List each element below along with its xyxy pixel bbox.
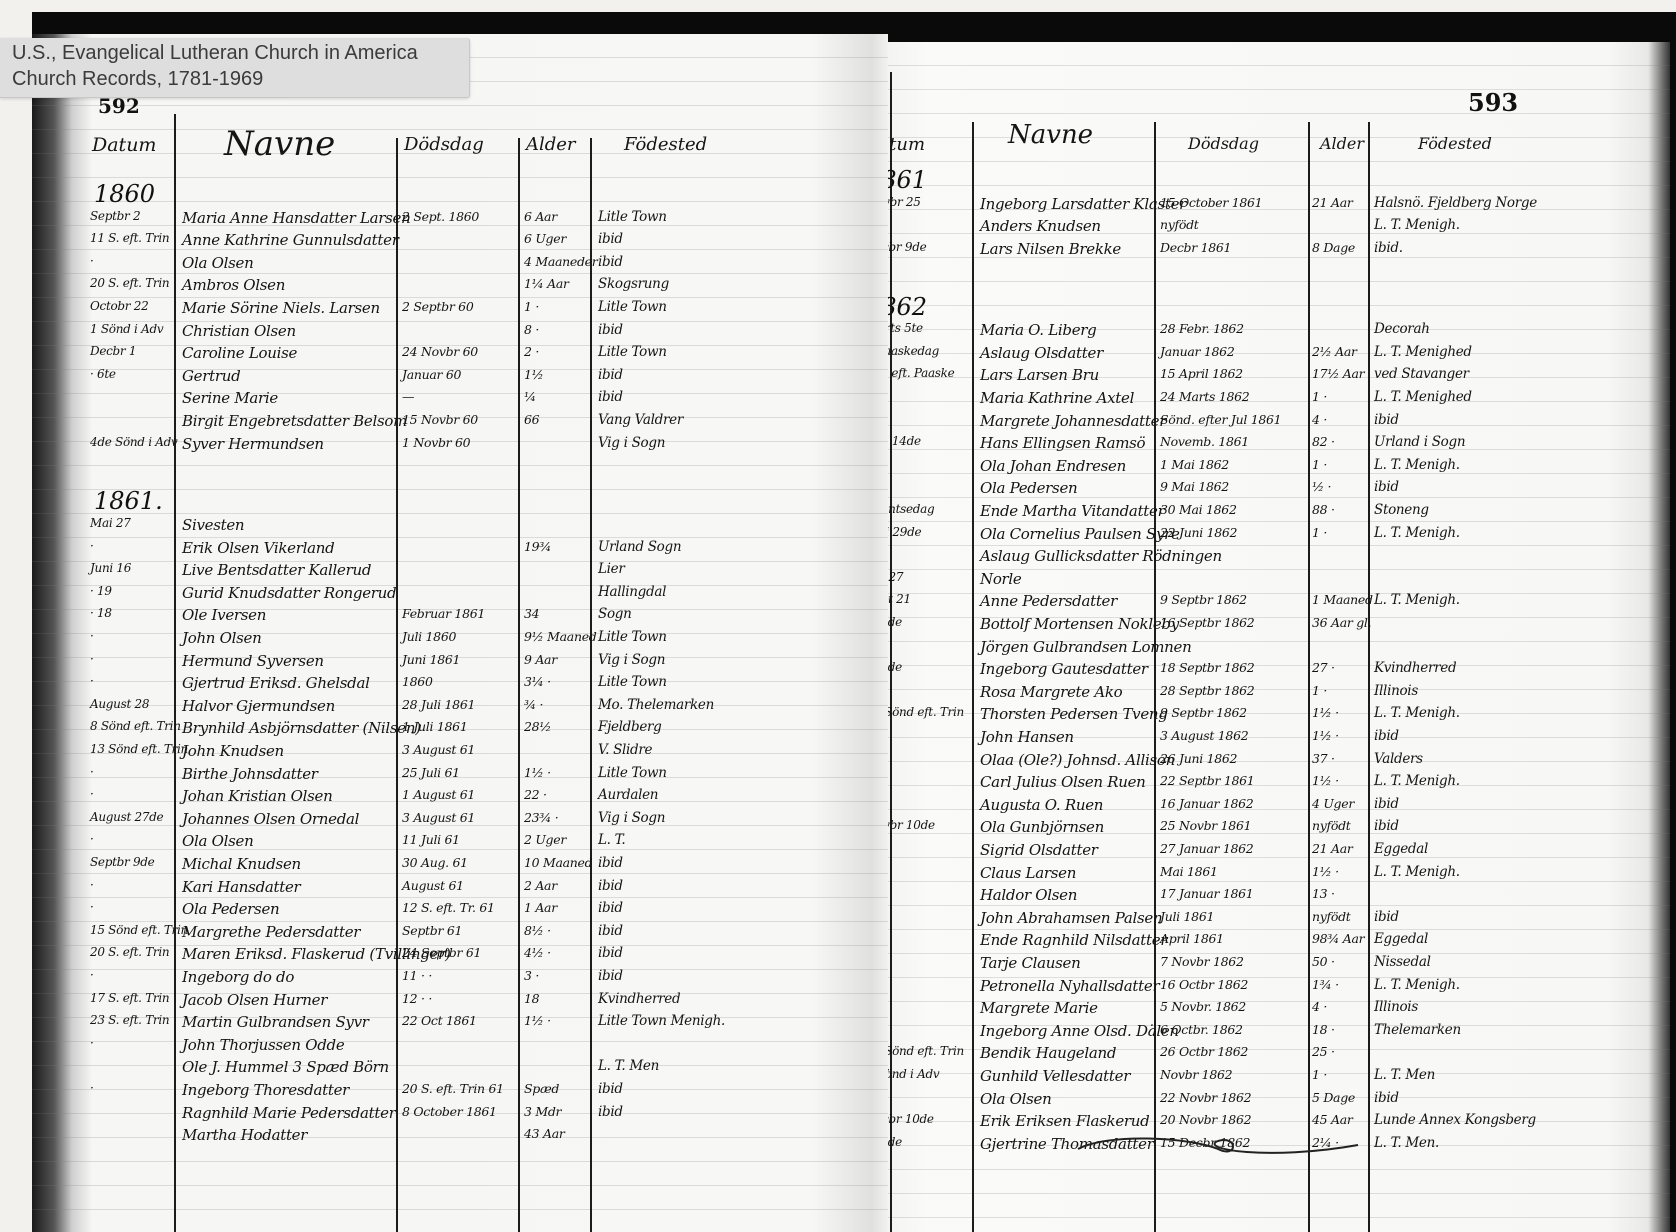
record-fodested: L. T. Menigh. [1374, 525, 1460, 541]
record-datum: 2 Sönd i Adv [888, 1067, 939, 1081]
record-datum: · 25de [888, 660, 902, 674]
column-divider [174, 114, 176, 1232]
record-navn: Ragnhild Marie Pedersdatter [182, 1104, 396, 1122]
record-navn: Gunhild Vellesdatter [980, 1067, 1130, 1085]
record-dodsdag: Sönd. efter Jul 1861 [1160, 412, 1281, 427]
record-alder: 18 · [1312, 1022, 1335, 1037]
record-datum: Decbr 1 [90, 344, 136, 358]
record-dodsdag: 8 October 1861 [402, 1104, 497, 1119]
record-navn: Ola Olsen [182, 832, 253, 850]
record-datum: · [90, 765, 94, 779]
record-datum: 23 Sönd eft. Trin [888, 1044, 964, 1058]
record-alder: 19¾ [524, 539, 551, 554]
ledger-page-right: 593 Datum Navne Dödsdag Alder Födested 1… [888, 42, 1670, 1232]
record-navn: Margrete Marie [980, 999, 1098, 1017]
record-datum: 17 S. eft. Trin [90, 991, 169, 1005]
record-navn: Bottolf Mortensen Nokleby [980, 615, 1179, 633]
record-dodsdag: 22 Oct 1861 [402, 1013, 477, 1028]
record-navn: Martin Gulbrandsen Syvr [182, 1013, 369, 1031]
record-alder: 8½ · [524, 923, 551, 938]
record-datum: · 6te [90, 367, 116, 381]
record-alder: Spæd [524, 1081, 559, 1096]
record-navn: John Olsen [182, 629, 261, 647]
record-navn: Ola Gunbjörnsen [980, 818, 1104, 836]
column-divider [972, 122, 974, 1232]
record-fodested: L. T. Menigh. [1374, 705, 1460, 721]
record-datum: · [90, 539, 94, 553]
record-fodested: Thelemarken [1374, 1022, 1461, 1038]
record-navn: Margrethe Pedersdatter [182, 923, 360, 941]
record-dodsdag: 25 Juli 61 [402, 765, 460, 780]
record-dodsdag: 28 Septbr 1862 [1160, 683, 1254, 698]
record-alder: 1¼ Aar [524, 276, 569, 291]
record-navn: Rosa Margrete Ako [980, 683, 1122, 701]
record-fodested: L. T. Menigh. [1374, 457, 1460, 473]
record-alder: 1½ · [1312, 864, 1339, 879]
record-navn: Michal Knudsen [182, 855, 301, 873]
record-alder: 1½ · [1312, 705, 1339, 720]
year-heading: 1860 [94, 180, 155, 208]
record-navn: Kari Hansdatter [182, 878, 300, 896]
record-fodested: ibid [598, 1104, 623, 1120]
record-datum: · [90, 878, 94, 892]
column-divider [1368, 122, 1370, 1232]
record-alder: 50 · [1312, 954, 1335, 969]
record-navn: John Hansen [980, 728, 1074, 746]
record-navn: Anne Kathrine Gunnulsdatter [182, 231, 399, 249]
record-datum: · [90, 900, 94, 914]
record-alder: 2½ Aar [1312, 344, 1357, 359]
record-dodsdag: 15 October 1861 [1160, 195, 1262, 210]
record-dodsdag: 12 S. eft. Tr. 61 [402, 900, 495, 915]
record-navn: John Knudsen [182, 742, 284, 760]
record-dodsdag: 15 April 1862 [1160, 366, 1243, 381]
record-navn: Anne Pedersdatter [980, 592, 1117, 610]
record-navn: Ole Iversen [182, 606, 266, 624]
record-fodested: L. T. Menigh. [1374, 864, 1460, 880]
record-navn: Ambros Olsen [182, 276, 285, 294]
record-alder: 1½ [524, 367, 543, 382]
record-fodested: ibid [598, 1081, 623, 1097]
record-fodested: Urland Sogn [598, 539, 681, 555]
record-alder: 21 Aar [1312, 841, 1353, 856]
collection-title-tooltip: U.S., Evangelical Lutheran Church in Ame… [0, 38, 470, 98]
record-dodsdag: Januar 1862 [1160, 344, 1234, 359]
record-alder: ½ · [1312, 479, 1331, 494]
record-dodsdag: 3 August 61 [402, 742, 475, 757]
record-navn: Jörgen Gulbrandsen Lomnen [980, 638, 1191, 656]
record-fodested: Urland i Sogn [1374, 434, 1465, 450]
record-alder: 18 [524, 991, 539, 1006]
record-datum: 11 S. eft. Trin [90, 231, 169, 245]
header-navne: Navne [1008, 120, 1093, 150]
record-fodested: ved Stavanger [1374, 366, 1469, 382]
record-fodested: Stoneng [1374, 502, 1429, 518]
record-dodsdag: 2 Septbr 60 [402, 299, 473, 314]
record-fodested: ibid [598, 900, 623, 916]
record-datum: 2 Paaskedag [888, 344, 939, 358]
record-alder: 1 Aar [524, 900, 557, 915]
record-alder: 6 Aar [524, 209, 557, 224]
record-dodsdag: 12 · · [402, 991, 432, 1006]
record-navn: Ole J. Hummel 3 Spæd Börn [182, 1058, 389, 1076]
record-navn: Johan Kristian Olsen [182, 787, 332, 805]
record-navn: Syver Hermundsen [182, 435, 324, 453]
record-dodsdag: 24 Marts 1862 [1160, 389, 1249, 404]
record-datum: Juni 29de [888, 525, 921, 539]
record-dodsdag: 28 Febr. 1862 [1160, 321, 1244, 336]
record-navn: Bendik Haugeland [980, 1044, 1116, 1062]
record-alder: 2 Uger [524, 832, 566, 847]
record-alder: 3 Mdr [524, 1104, 561, 1119]
record-dodsdag: Juli 1861 [1160, 909, 1214, 924]
column-divider [1154, 122, 1156, 1232]
record-fodested: ibid [1374, 909, 1399, 925]
record-alder: 2 Aar [524, 878, 557, 893]
record-fodested: ibid [598, 367, 623, 383]
record-navn: Petronella Nyhallsdatter [980, 977, 1159, 995]
record-datum: Marts 5te [888, 321, 923, 335]
record-fodested: ibid [598, 389, 623, 405]
record-navn: Anders Knudsen [980, 217, 1101, 235]
record-alder: 1 · [1312, 1067, 1327, 1082]
record-navn: Aslaug Gullicksdatter Rödningen [980, 547, 1222, 565]
header-alder: Alder [526, 134, 576, 155]
record-dodsdag: 20 Novbr 1862 [1160, 1112, 1251, 1127]
record-alder: 82 · [1312, 434, 1335, 449]
record-navn: John Thorjussen Odde [182, 1036, 344, 1054]
column-divider [518, 138, 520, 1232]
record-navn: Ola Cornelius Paulsen Syre [980, 525, 1180, 543]
record-dodsdag: 22 Septbr 1861 [1160, 773, 1254, 788]
record-datum: Decbr 10de [888, 1112, 934, 1126]
record-fodested: Eggedal [1374, 931, 1428, 947]
record-fodested: ibid [598, 254, 623, 270]
record-fodested: L. T. Men [598, 1058, 659, 1074]
record-alder: 21 Aar [1312, 195, 1353, 210]
record-navn: Ingeborg Thoresdatter [182, 1081, 349, 1099]
record-navn: Christian Olsen [182, 322, 296, 340]
record-fodested: Illinois [1374, 999, 1418, 1015]
header-alder: Alder [1320, 134, 1364, 153]
record-navn: Martha Hodatter [182, 1126, 307, 1144]
record-dodsdag: 3 August 61 [402, 810, 475, 825]
record-navn: Thorsten Pedersen Tveng [980, 705, 1168, 723]
record-datum: · [90, 1036, 94, 1050]
record-datum: · [90, 674, 94, 688]
record-alder: 9 Aar [524, 652, 557, 667]
record-datum: 20 S. eft. Trin [90, 945, 169, 959]
record-alder: 1¾ · [1312, 977, 1339, 992]
record-fodested: L. T. Menigh. [1374, 217, 1460, 233]
record-fodested: L. T. Menighed [1374, 344, 1472, 360]
record-datum: 23 S. eft. Trin [90, 1013, 169, 1027]
record-navn: Birthe Johnsdatter [182, 765, 318, 783]
record-fodested: Vig i Sogn [598, 810, 665, 826]
record-alder: 8 Dage [1312, 240, 1355, 255]
record-datum: Juli 27 [888, 570, 903, 584]
record-datum: 1 Sönd i Adv [90, 322, 163, 336]
record-fodested: Litle Town [598, 299, 667, 315]
collection-title-line2: Church Records, 1781-1969 [12, 66, 469, 92]
record-navn: Ola Olsen [980, 1090, 1051, 1108]
record-navn: Marie Sörine Niels. Larsen [182, 299, 380, 317]
record-fodested: Skogsrung [598, 276, 669, 292]
record-datum: 15 Sönd eft. Trin [90, 923, 188, 937]
record-dodsdag: Juni 1861 [402, 652, 460, 667]
record-fodested: Mo. Thelemarken [598, 697, 714, 713]
record-navn: John Abrahamsen Palsen [980, 909, 1162, 927]
record-datum: 2 Pintsedag [888, 502, 934, 516]
collection-title-line1: U.S., Evangelical Lutheran Church in Ame… [12, 40, 469, 66]
record-alder: 25 · [1312, 1044, 1335, 1059]
record-dodsdag: 5 Novbr. 1862 [1160, 999, 1246, 1014]
record-datum: · [90, 1081, 94, 1095]
record-dodsdag: 9 Septbr 1862 [1160, 592, 1247, 607]
record-alder: 3¼ · [524, 674, 551, 689]
record-alder: 1½ · [524, 1013, 551, 1028]
record-alder: nyfödt [1312, 909, 1351, 924]
record-datum: 1 S. eft. Paaske [888, 366, 954, 380]
record-fodested: ibid [1374, 479, 1399, 495]
record-dodsdag: 11 · · [402, 968, 432, 983]
record-dodsdag: Januar 60 [402, 367, 461, 382]
header-fodested: Födested [1418, 134, 1492, 153]
record-fodested: ibid [598, 231, 623, 247]
record-navn: Hans Ellingsen Ramsö [980, 434, 1145, 452]
record-navn: Ola Pedersen [980, 479, 1077, 497]
record-alder: 1 · [1312, 525, 1327, 540]
record-fodested: Lier [598, 561, 625, 577]
record-dodsdag: 30 Mai 1862 [1160, 502, 1237, 517]
record-dodsdag: 22 Juni 1862 [1160, 525, 1237, 540]
record-dodsdag: 30 Aug. 61 [402, 855, 468, 870]
record-navn: Norle [980, 570, 1022, 588]
record-datum: · [90, 254, 94, 268]
record-fodested: Illinois [1374, 683, 1418, 699]
record-alder: 4 Maaneder [524, 254, 597, 269]
column-divider [590, 138, 592, 1232]
record-image-viewer[interactable]: 592 Datum Navne Dödsdag Alder Födested 1… [32, 12, 1676, 1232]
record-dodsdag: 1 August 61 [402, 787, 475, 802]
record-fodested: ibid [1374, 728, 1399, 744]
record-alder: 34 [524, 606, 539, 621]
record-dodsdag: 1 Mai 1862 [1160, 457, 1229, 472]
record-fodested: L. T. Menighed [1374, 389, 1472, 405]
record-fodested: Litle Town [598, 765, 667, 781]
header-dodsdag: Dödsdag [404, 134, 484, 155]
record-dodsdag: 11 Juli 61 [402, 832, 460, 847]
record-navn: Halvor Gjermundsen [182, 697, 335, 715]
record-navn: Tarje Clausen [980, 954, 1080, 972]
record-alder: 66 [524, 412, 539, 427]
record-dodsdag: 1 Novbr 60 [402, 435, 470, 450]
record-navn: Birgit Engebretsdatter Belsom [182, 412, 407, 430]
record-fodested: Kvindherred [1374, 660, 1456, 676]
record-alder: 27 · [1312, 660, 1335, 675]
record-alder: 9½ Maaned [524, 629, 597, 644]
record-dodsdag: 25 Novbr 1861 [1160, 818, 1251, 833]
record-alder: 1 · [1312, 457, 1327, 472]
record-alder: 1½ · [1312, 773, 1339, 788]
record-dodsdag: 22 Novbr 1862 [1160, 1090, 1251, 1105]
record-dodsdag: 3 August 1862 [1160, 728, 1248, 743]
record-alder: 23¾ · [524, 810, 558, 825]
record-fodested: L. T. Menigh. [1374, 592, 1460, 608]
record-fodested: Eggedal [1374, 841, 1428, 857]
record-dodsdag: 1 Juli 1861 [402, 719, 467, 734]
record-fodested: ibid [598, 945, 623, 961]
record-navn: Hermund Syversen [182, 652, 324, 670]
record-alder: 1½ · [524, 765, 551, 780]
record-alder: 1 · [524, 299, 539, 314]
page-number: 593 [1468, 88, 1518, 117]
record-alder: 88 · [1312, 502, 1335, 517]
record-navn: Johannes Olsen Ornedal [182, 810, 359, 828]
record-fodested: L. T. [598, 832, 625, 848]
record-datum: · [90, 832, 94, 846]
record-alder: 2 · [524, 344, 539, 359]
record-alder: 28½ [524, 719, 551, 734]
record-navn: Ingeborg Larsdatter Klaster [980, 195, 1186, 213]
record-dodsdag: 16 Januar 1862 [1160, 796, 1253, 811]
record-dodsdag: 26 Octbr 1862 [1160, 1044, 1248, 1059]
record-datum: Octobr 22 [90, 299, 148, 313]
record-dodsdag: 15 Novbr 60 [402, 412, 478, 427]
record-fodested: ibid [1374, 796, 1399, 812]
record-alder: 17½ Aar [1312, 366, 1364, 381]
record-datum: Septbr 9de [90, 855, 154, 869]
record-datum: Novbr 25 [888, 195, 921, 209]
end-flourish-icon [1068, 1127, 1368, 1167]
record-navn: Aslaug Olsdatter [980, 344, 1103, 362]
record-fodested: ibid [598, 968, 623, 984]
record-fodested: Vig i Sogn [598, 652, 665, 668]
record-datum: · 18 [90, 606, 112, 620]
record-datum: Septbr 2 [90, 209, 140, 223]
record-navn: Sigrid Olsdatter [980, 841, 1098, 859]
record-dodsdag: 26 Juni 1862 [1160, 751, 1237, 766]
record-fodested: Litle Town Menigh. [598, 1013, 725, 1029]
record-fodested: Vig i Sogn [598, 435, 665, 451]
record-alder: 4 Uger [1312, 796, 1354, 811]
record-fodested: Litle Town [598, 344, 667, 360]
record-navn: Erik Olsen Vikerland [182, 539, 334, 557]
header-fodested: Födested [624, 134, 707, 155]
record-fodested: Litle Town [598, 629, 667, 645]
record-fodested: ibid [598, 855, 623, 871]
year-heading: 1862 [888, 293, 927, 321]
record-fodested: Decorah [1374, 321, 1430, 337]
record-navn: Augusta O. Ruen [980, 796, 1103, 814]
record-datum: Novbr 10de [888, 818, 935, 832]
record-alder: 13 · [1312, 886, 1335, 901]
record-dodsdag: 9 Mai 1862 [1160, 479, 1229, 494]
record-navn: Lars Nilsen Brekke [980, 240, 1121, 258]
record-datum: · [90, 968, 94, 982]
column-divider [396, 138, 398, 1232]
record-fodested: ibid [598, 322, 623, 338]
record-dodsdag: 20 S. eft. Trin 61 [402, 1081, 504, 1096]
record-datum: Mai 27 [90, 516, 131, 530]
record-navn: Serine Marie [182, 389, 278, 407]
record-navn: Sivesten [182, 516, 244, 534]
record-alder: 4 · [1312, 999, 1327, 1014]
record-dodsdag: Juli 1860 [402, 629, 456, 644]
record-datum: · [90, 629, 94, 643]
record-alder: 3 · [524, 968, 539, 983]
record-navn: Ingeborg Anne Olsd. Dälen [980, 1022, 1179, 1040]
record-dodsdag: 9 Septbr 1862 [1160, 705, 1247, 720]
record-dodsdag: 6 Octbr. 1862 [1160, 1022, 1243, 1037]
record-alder: 22 · [524, 787, 547, 802]
record-fodested: V. Slidre [598, 742, 652, 758]
record-alder: 6 Uger [524, 231, 566, 246]
record-navn: Carl Julius Olsen Ruen [980, 773, 1146, 791]
record-alder: ¼ [524, 389, 536, 404]
record-alder: 45 Aar [1312, 1112, 1353, 1127]
record-datum: Mai 14de [888, 434, 921, 448]
record-dodsdag: Mai 1861 [1160, 864, 1218, 879]
record-alder: 37 · [1312, 751, 1335, 766]
record-dodsdag: Septbr 61 [402, 923, 462, 938]
record-navn: Ola Olsen [182, 254, 253, 272]
record-fodested: Hallingdal [598, 584, 666, 600]
record-navn: Gurid Knudsdatter Rongerud [182, 584, 396, 602]
record-alder: 4 · [1312, 412, 1327, 427]
record-navn: Gjertrud Eriksd. Ghelsdal [182, 674, 370, 692]
record-fodested: ibid [598, 923, 623, 939]
record-alder: 4½ · [524, 945, 551, 960]
record-fodested: Sogn [598, 606, 632, 622]
record-datum: · 17de [888, 1135, 902, 1149]
record-datum: 8 Sönd eft. Trin [90, 719, 181, 733]
record-dodsdag: 28 Juli 1861 [402, 697, 475, 712]
record-alder: 1½ · [1312, 728, 1339, 743]
record-dodsdag: Decbr 1861 [1160, 240, 1231, 255]
record-fodested: Litle Town [598, 674, 667, 690]
record-navn: Live Bentsdatter Kallerud [182, 561, 371, 579]
column-divider [1308, 122, 1310, 1232]
record-datum: · [90, 652, 94, 666]
record-alder: 1 · [1312, 389, 1327, 404]
record-navn: Ola Johan Endresen [980, 457, 1126, 475]
record-navn: Olaa (Ole?) Johnsd. Allison [980, 751, 1175, 769]
record-dodsdag: 17 Januar 1861 [1160, 886, 1253, 901]
record-navn: Gertrud [182, 367, 240, 385]
record-dodsdag: 1860 [402, 674, 433, 689]
record-fodested: L. T. Menigh. [1374, 773, 1460, 789]
record-datum: 4de Sönd i Adv [90, 435, 177, 449]
record-fodested: L. T. Menigh. [1374, 977, 1460, 993]
record-fodested: ibid [1374, 1090, 1399, 1106]
record-dodsdag: Februar 1861 [402, 606, 485, 621]
record-navn: Brynhild Asbjörnsdatter (Nilsen) [182, 719, 421, 737]
record-alder: 1 Maaned [1312, 592, 1373, 607]
record-fodested: Nissedal [1374, 954, 1431, 970]
record-fodested: L. T. Men [1374, 1067, 1435, 1083]
record-datum: 20 S. eft. Trin [90, 276, 169, 290]
record-alder: 10 Maaned [524, 855, 592, 870]
record-dodsdag: 7 Novbr 1862 [1160, 954, 1244, 969]
record-navn: Ende Ragnhild Nilsdatter [980, 931, 1167, 949]
record-dodsdag: — [402, 389, 414, 404]
record-fodested: Halsnö. Fjeldberg Norge [1374, 195, 1537, 211]
header-navne: Navne [224, 124, 335, 164]
record-navn: Margrete Johannesdatter [980, 412, 1166, 430]
record-navn: Caroline Louise [182, 344, 297, 362]
record-alder: ¾ · [524, 697, 543, 712]
